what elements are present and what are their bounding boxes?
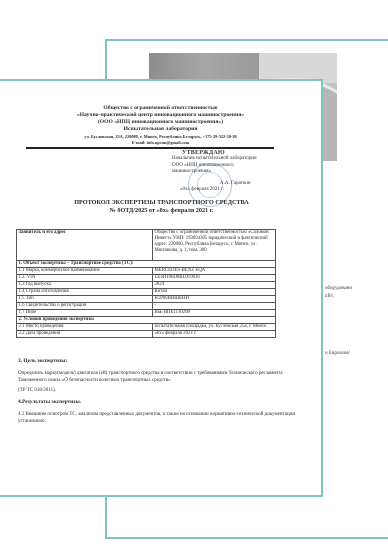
protocol-table: Заявитель и его адрес Общество с огранич… <box>16 229 276 338</box>
table-row: 1.3 Год выпуска 2024 <box>17 282 276 289</box>
table-row: 1.5 Тип В1Р00ВНШЕНИ <box>17 296 276 303</box>
row-value: 2024 <box>153 282 276 289</box>
table-section-row: 2. Условия проведения экспертизы <box>17 317 276 324</box>
header-divider <box>26 147 274 149</box>
table-row: Заявитель и его адрес Общество с огранич… <box>17 230 276 261</box>
section3-text: Определить марку(модель) двигателя (ей) … <box>18 370 298 384</box>
table-row: 1.1 Марка, коммерческое наименование MER… <box>17 268 276 275</box>
row-value: испытательная площадка, ул. Бусловская 2… <box>153 324 276 331</box>
table-row: 2.2 Дата проведения «0х» февраля 202х г. <box>17 331 276 338</box>
row-value: Китай <box>153 289 276 296</box>
section4-title: 4.Результаты экспертизы. <box>18 399 298 406</box>
section3-reference: (ТР ТС 018/2011). <box>18 387 298 394</box>
row-label: 2.1 Место проведения <box>17 324 153 331</box>
section3-title: 3. Цель экспертизы: <box>18 358 298 365</box>
lab-name: Испытательная лаборатория <box>0 126 321 133</box>
org-name-line2: «Научно-практический центр инновационног… <box>0 112 321 119</box>
applicant-label: Заявитель и его адрес <box>17 230 153 261</box>
row-label: 1.6 Свидетельство о регистрации <box>17 303 153 310</box>
table-row: 2.1 Место проведения испытательная площа… <box>17 324 276 331</box>
back-text-fragment: кВт, <box>325 294 334 299</box>
back-text-fragment: и Евроазия/ <box>325 351 350 356</box>
row-label: 2.2 Дата проведения <box>17 331 153 338</box>
table-row: 1.2. VIN LE4H100D0BL019016 <box>17 275 276 282</box>
row-value: MERCEDES-BENZ EQA <box>153 268 276 275</box>
back-text-fragment: оборудовани <box>325 286 352 291</box>
document-number: № 0ОТД/2025 от «0х» февраля 2021 г. <box>0 207 323 215</box>
row-value: - <box>153 303 276 310</box>
approval-date: «0х» февраля 2021 г. <box>172 187 282 193</box>
row-value: LE4H100D0BL019016 <box>153 275 276 282</box>
section4-text: 4.1 Внешним осмотром ТС, анализом предст… <box>18 411 298 425</box>
org-name-line1: Общество с ограниченной ответственностью <box>0 105 321 112</box>
section2-title: 2. Условия проведения экспертизы <box>17 317 276 324</box>
row-value: ВьБ ВПЕ1110208 <box>153 310 276 317</box>
table-section-row: 1. Объект экспертизы – Транспортное сред… <box>17 261 276 268</box>
approval-block: УТВЕРЖДАЮ Начальник испытательной лабора… <box>172 150 282 194</box>
row-value: «0х» февраля 202х г. <box>153 331 276 338</box>
org-address: ул. Бусловская, 25А, 220080, г. Минск, Р… <box>0 134 321 140</box>
table-row: 1.6 Свидетельство о регистрации - <box>17 303 276 310</box>
row-value: В1Р00ВНШЕНИ <box>153 296 276 303</box>
front-document-page: Общество с ограниченной ответственностью… <box>0 79 323 497</box>
org-email: E-mail: info.npcim@gmail.com <box>0 140 321 146</box>
row-label: 1.5 Тип <box>17 296 153 303</box>
table-row: 1.4 Страна изготовления Китай <box>17 289 276 296</box>
document-title: ПРОТОКОЛ ЭКСПЕРТИЗЫ ТРАНСПОРТНОГО СРЕДСТ… <box>0 199 323 207</box>
row-label: 1.3 Год выпуска <box>17 282 153 289</box>
row-label: 1.2. VIN <box>17 275 153 282</box>
section1-title: 1. Объект экспертизы – Транспортное сред… <box>17 261 276 268</box>
applicant-value: Общество с ограниченной ответственностью… <box>153 230 276 261</box>
approval-position-line3: машиностроения» <box>172 169 282 175</box>
row-label: 1.4 Страна изготовления <box>17 289 153 296</box>
table-row: 1.7 Иное ВьБ ВПЕ1110208 <box>17 310 276 317</box>
row-label: 1.7 Иное <box>17 310 153 317</box>
row-label: 1.1 Марка, коммерческое наименование <box>17 268 153 275</box>
org-name-line3: (ООО «НПЦ инновационного машиностроения»… <box>0 119 321 126</box>
